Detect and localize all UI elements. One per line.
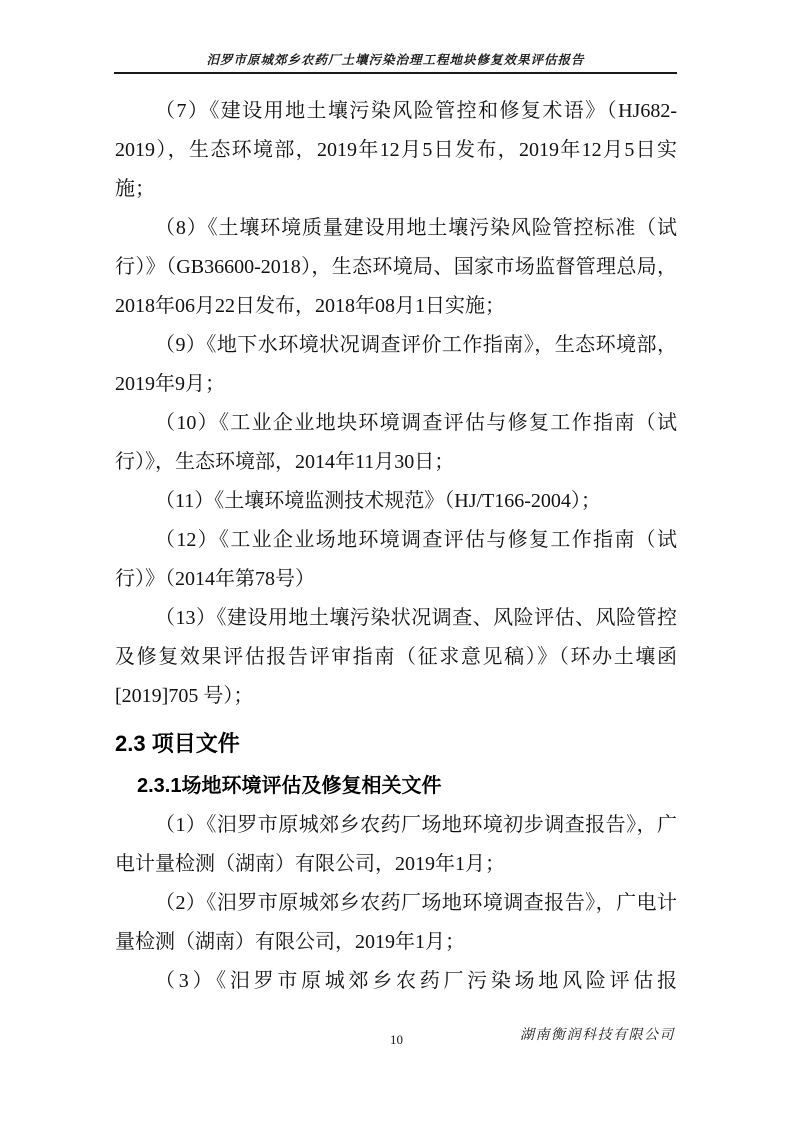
- header-title: 汨罗市原城郊乡农药厂土壤污染治理工程地块修复效果评估报告: [114, 0, 677, 68]
- subsection-heading: 2.3.1场地环境评估及修复相关文件: [115, 766, 677, 806]
- reference-item-7: （7）《建设用地土壤污染风险管控和修复术语》（HJ682-2019），生态环境部…: [115, 92, 677, 209]
- reference-item-9: （9）《地下水环境状况调查评价工作指南》，生态环境部，2019年9月；: [115, 326, 677, 404]
- document-item-1: （1）《汨罗市原城郊乡农药厂场地环境初步调查报告》，广电计量检测（湖南）有限公司…: [115, 806, 677, 884]
- document-body: （7）《建设用地土壤污染风险管控和修复术语》（HJ682-2019），生态环境部…: [115, 92, 677, 1001]
- footer-company: 湖南衡润科技有限公司: [520, 1024, 675, 1044]
- reference-item-13: （13）《建设用地土壤污染状况调查、风险评估、风险管控及修复效果评估报告评审指南…: [115, 599, 677, 716]
- reference-item-10: （10）《工业企业地块环境调查评估与修复工作指南（试行）》，生态环境部，2014…: [115, 404, 677, 482]
- reference-item-8: （8）《土壤环境质量建设用地土壤污染风险管控标准（试行）》（GB36600-20…: [115, 209, 677, 326]
- document-item-2: （2）《汨罗市原城郊乡农药厂场地环境调查报告》，广电计量检测（湖南）有限公司，2…: [115, 884, 677, 962]
- document-page: 汨罗市原城郊乡农药厂土壤污染治理工程地块修复效果评估报告 （7）《建设用地土壤污…: [0, 0, 793, 1122]
- document-item-3: （3）《汨罗市原城郊乡农药厂污染场地风险评估报: [115, 962, 677, 1001]
- section-heading: 2.3 项目文件: [115, 724, 677, 764]
- reference-item-11: （11）《土壤环境监测技术规范》（HJ/T166-2004）；: [115, 482, 677, 521]
- header-rule: [114, 72, 677, 74]
- reference-item-12: （12）《工业企业场地环境调查评估与修复工作指南（试行）》（2014年第78号）: [115, 521, 677, 599]
- page-header: 汨罗市原城郊乡农药厂土壤污染治理工程地块修复效果评估报告: [114, 0, 677, 74]
